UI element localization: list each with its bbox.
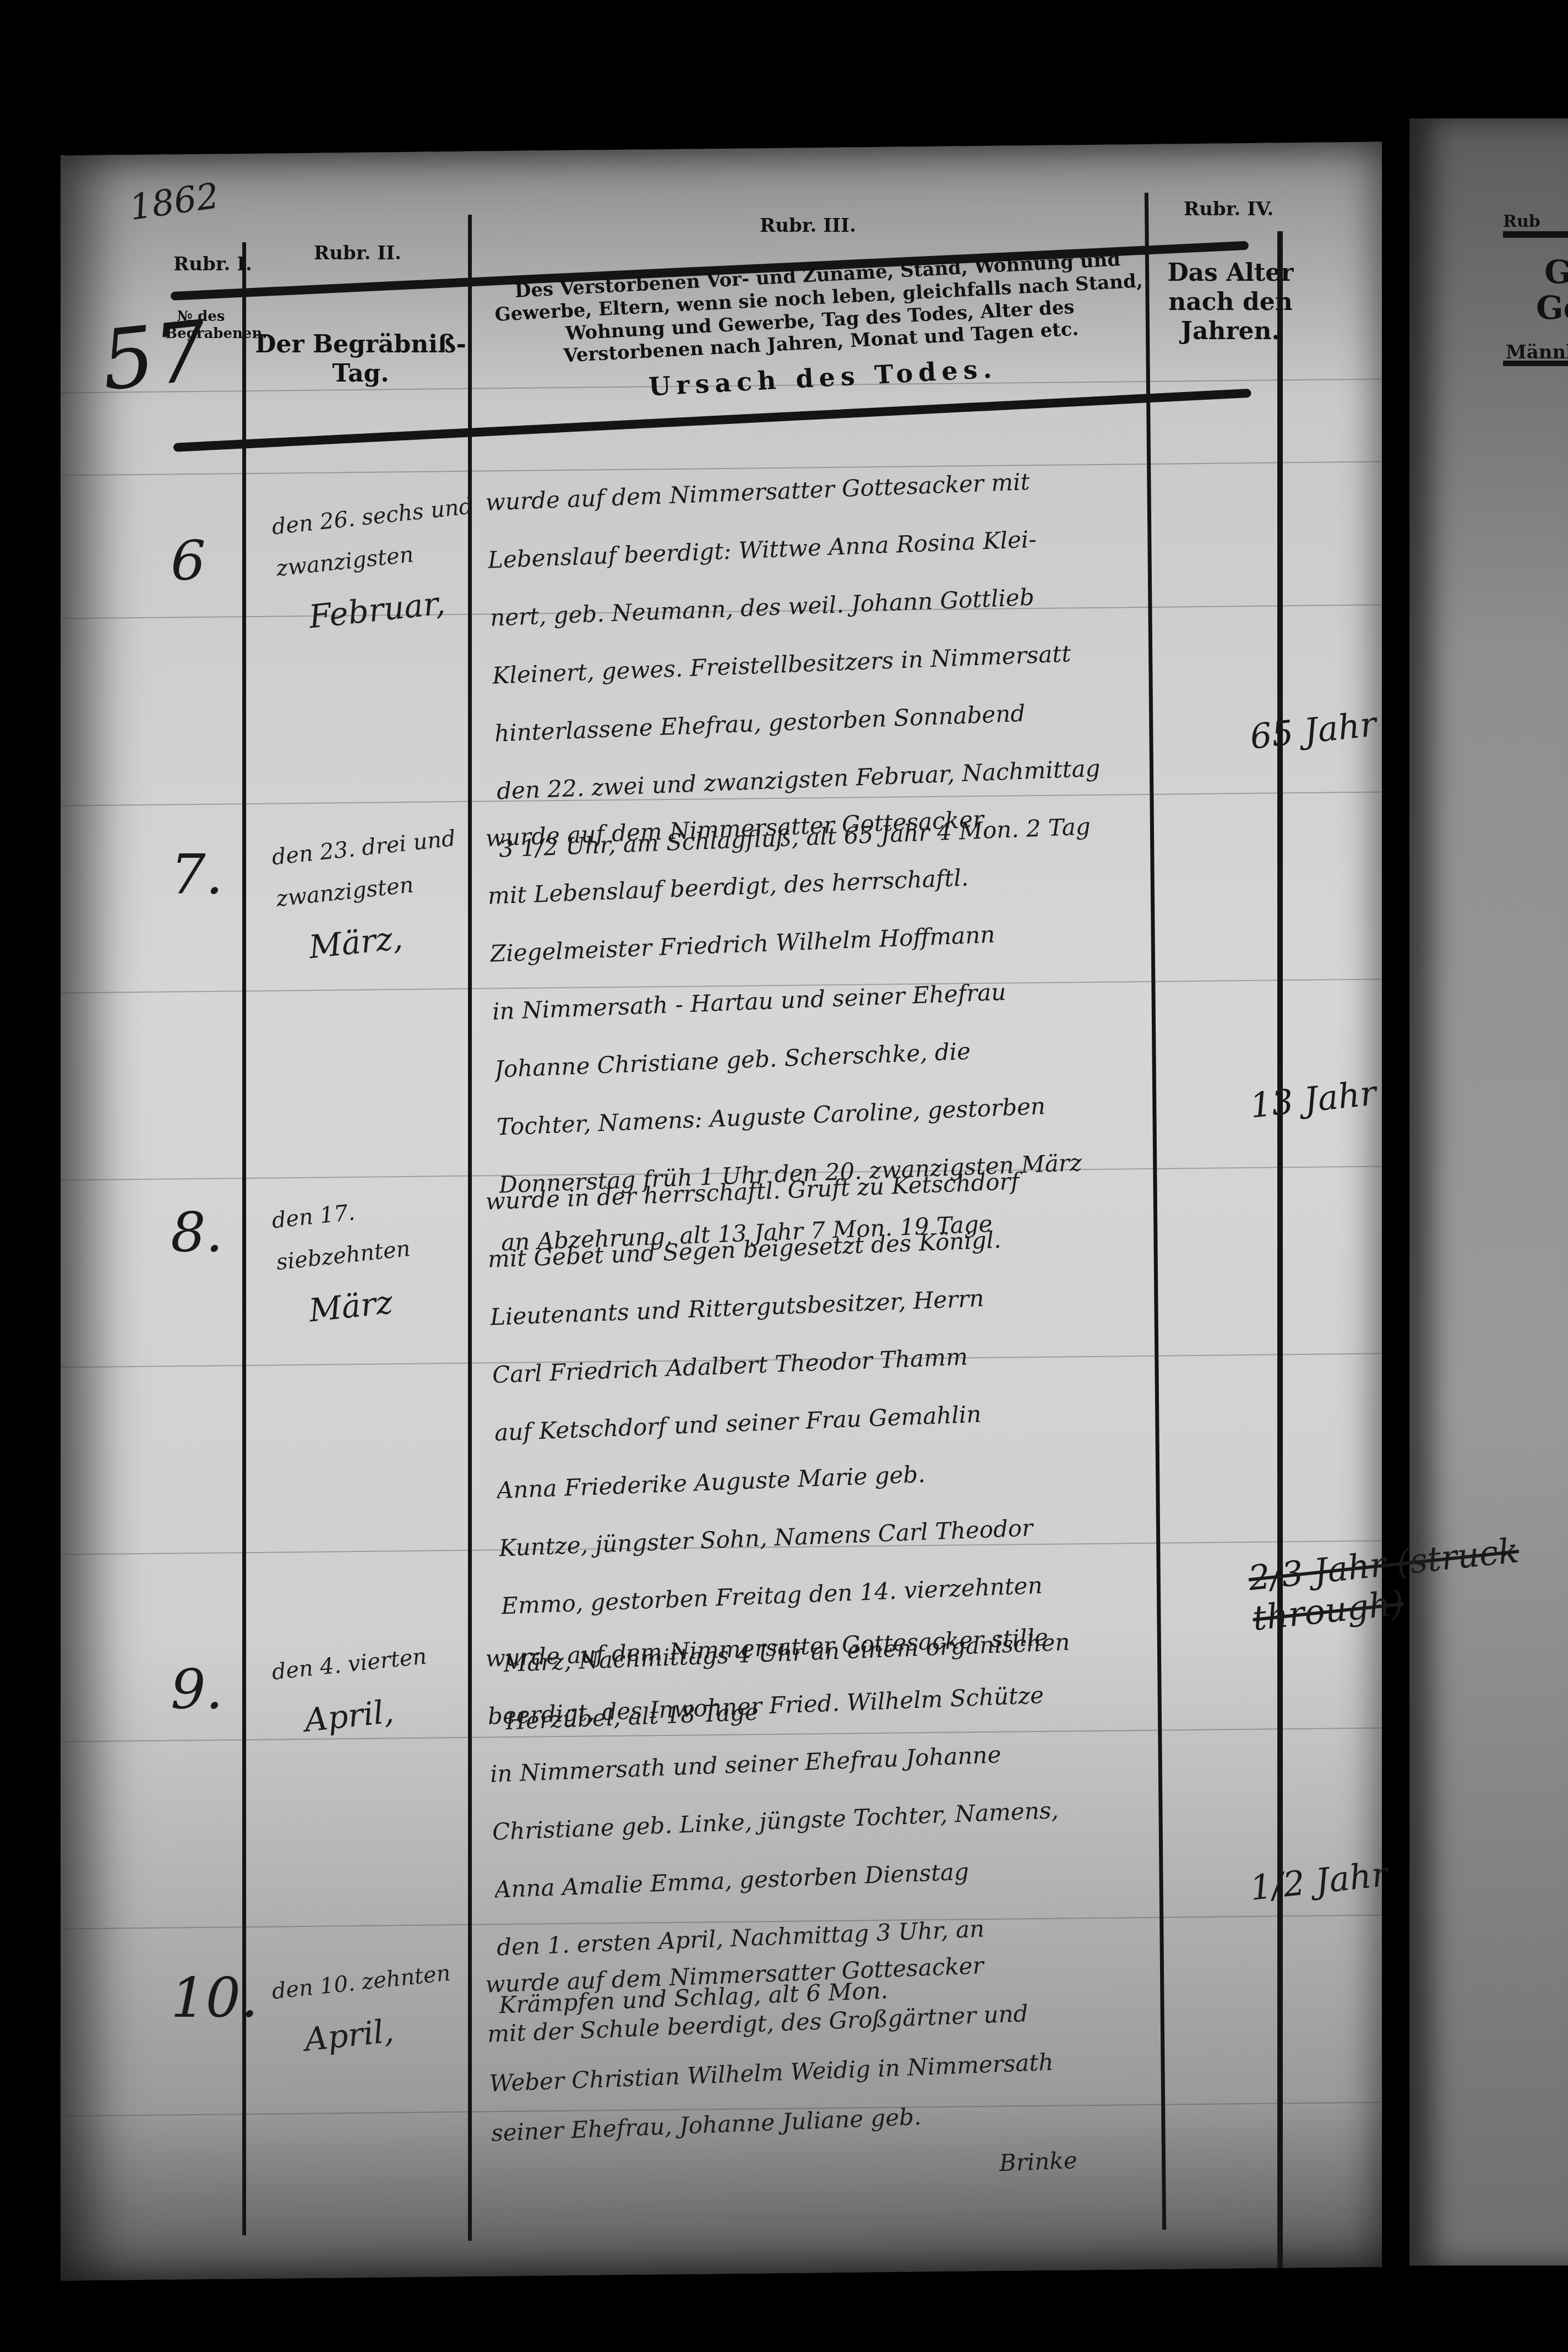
burial-day: den 26. sechs und zwanzigsten Februar, <box>270 485 487 650</box>
header-rule <box>1503 231 1568 238</box>
column-divider-1 <box>242 242 246 2235</box>
adjacent-rubric: Rub <box>1503 212 1540 231</box>
entry-number: 7. <box>171 842 223 907</box>
entry-details: wurde auf dem Nimmersatter Gottesacker m… <box>484 1933 1193 2207</box>
scanned-register-image: Rub Ge Ge Männl. 1862 Rubr. I. Rubr. II.… <box>0 0 1568 2352</box>
burial-day: den 23. drei und zwanzigsten März, <box>270 815 487 980</box>
entry-number: 8. <box>171 1200 223 1265</box>
burial-day-text: den 4. vierten <box>271 1643 428 1685</box>
burial-day-text: zwanzigsten <box>275 872 415 912</box>
burial-day: den 10. zehnten April, <box>270 1950 483 2073</box>
adjacent-page: Rub Ge Ge Männl. <box>1409 118 1568 2266</box>
adjacent-header-2: Ge <box>1536 289 1568 326</box>
adjacent-male-label: Männl. <box>1506 341 1568 363</box>
column-header-burial-day: Der Begräbniß-Tag. <box>251 330 471 389</box>
burial-day: den 4. vierten April, <box>270 1630 483 1754</box>
rubric-3: Rubr. III. <box>760 215 856 237</box>
column-header-number: № des Begrabenen. <box>165 308 237 342</box>
header-rule <box>1503 361 1568 366</box>
rubric-4: Rubr. IV. <box>1184 198 1273 220</box>
entry-number: 9. <box>171 1657 223 1722</box>
column-header-age: Das Alter nach den Jahren. <box>1162 259 1299 346</box>
column-divider-4 <box>1277 231 1283 2268</box>
entry-number: 6 <box>171 529 206 593</box>
burial-day-text: zwanzigsten <box>275 542 415 581</box>
rubric-1: Rubr. I. <box>173 253 252 275</box>
adjacent-header-1: Ge <box>1544 253 1568 291</box>
burial-day: den 17. siebzehnten März <box>270 1179 487 1343</box>
entry-number: 10. <box>171 1966 258 2030</box>
rubric-2: Rubr. II. <box>314 242 401 264</box>
burial-day-text: den 17. siebzehnten <box>271 1200 412 1275</box>
